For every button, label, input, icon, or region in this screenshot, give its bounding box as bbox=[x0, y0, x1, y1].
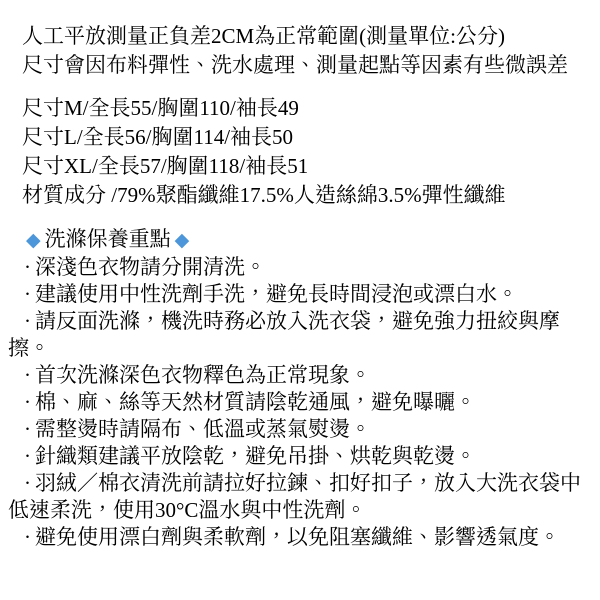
diamond-icon: ◆ bbox=[26, 230, 41, 251]
care-header-title: 洗滌保養重點 bbox=[45, 227, 171, 251]
size-xl-line: 尺寸XL/全長57/胸圍118/袖長51 bbox=[8, 152, 592, 181]
care-item-text: 首次洗滌深色衣物釋色為正常現象。 bbox=[35, 363, 371, 387]
bullet-dot: · bbox=[22, 282, 35, 306]
care-item: ·建議使用中性洗劑手洗，避免長時間浸泡或漂白水。 bbox=[8, 281, 592, 308]
care-item-text: 請反面洗滌，機洗時務必放入洗衣袋，避免強力扭絞與摩擦。 bbox=[8, 309, 560, 360]
care-item: ·棉、麻、絲等天然材質請陰乾通風，避免曝曬。 bbox=[8, 389, 592, 416]
measurement-tolerance-line: 人工平放測量正負差2CM為正常範圍(測量單位:公分) bbox=[8, 22, 592, 51]
care-item-text: 羽絨／棉衣清洗前請拉好拉鍊、扣好扣子，放入大洗衣袋中低速柔洗，使用30°C溫水與… bbox=[8, 471, 581, 522]
diamond-icon: ◆ bbox=[175, 230, 190, 251]
care-header: ◆洗滌保養重點◆ bbox=[8, 226, 592, 254]
bullet-dot: · bbox=[22, 255, 35, 279]
bullet-dot: · bbox=[22, 525, 35, 549]
care-item-text: 針織類建議平放陰乾，避免吊掛、烘乾與乾燙。 bbox=[35, 444, 476, 468]
size-m-line: 尺寸M/全長55/胸圍110/袖長49 bbox=[8, 94, 592, 123]
care-item-text: 需整燙時請隔布、低溫或蒸氣熨燙。 bbox=[35, 417, 371, 441]
bullet-dot: · bbox=[22, 444, 35, 468]
care-item-text: 建議使用中性洗劑手洗，避免長時間浸泡或漂白水。 bbox=[35, 282, 518, 306]
size-spec: 尺寸M/全長55/胸圍110/袖長49 尺寸L/全長56/胸圍114/袖長50 … bbox=[8, 94, 592, 210]
care-item: ·羽絨／棉衣清洗前請拉好拉鍊、扣好扣子，放入大洗衣袋中低速柔洗，使用30°C溫水… bbox=[8, 470, 592, 524]
care-item: ·請反面洗滌，機洗時務必放入洗衣袋，避免強力扭絞與摩擦。 bbox=[8, 308, 592, 362]
measurement-note: 人工平放測量正負差2CM為正常範圍(測量單位:公分) 尺寸會因布料彈性、洗水處理… bbox=[8, 22, 592, 80]
bullet-dot: · bbox=[22, 363, 35, 387]
care-item: ·深淺色衣物請分開清洗。 bbox=[8, 254, 592, 281]
care-item: ·需整燙時請隔布、低溫或蒸氣熨燙。 bbox=[8, 416, 592, 443]
measurement-variance-line: 尺寸會因布料彈性、洗水處理、測量起點等因素有些微誤差 bbox=[8, 51, 592, 80]
care-item: ·針織類建議平放陰乾，避免吊掛、烘乾與乾燙。 bbox=[8, 443, 592, 470]
bullet-dot: · bbox=[22, 309, 35, 333]
bullet-dot: · bbox=[22, 390, 35, 414]
material-composition-line: 材質成分 /79%聚酯纖維17.5%人造絲綿3.5%彈性纖維 bbox=[8, 181, 592, 210]
care-item: ·避免使用漂白劑與柔軟劑，以免阻塞纖維、影響透氣度。 bbox=[8, 524, 592, 551]
care-instructions: ◆洗滌保養重點◆ ·深淺色衣物請分開清洗。 ·建議使用中性洗劑手洗，避免長時間浸… bbox=[8, 226, 592, 551]
care-item-text: 棉、麻、絲等天然材質請陰乾通風，避免曝曬。 bbox=[35, 390, 476, 414]
care-item: ·首次洗滌深色衣物釋色為正常現象。 bbox=[8, 362, 592, 389]
product-description-page: 人工平放測量正負差2CM為正常範圍(測量單位:公分) 尺寸會因布料彈性、洗水處理… bbox=[0, 0, 600, 600]
size-l-line: 尺寸L/全長56/胸圍114/袖長50 bbox=[8, 123, 592, 152]
care-item-text: 深淺色衣物請分開清洗。 bbox=[35, 255, 266, 279]
bullet-dot: · bbox=[22, 471, 35, 495]
bullet-dot: · bbox=[22, 417, 35, 441]
care-item-text: 避免使用漂白劑與柔軟劑，以免阻塞纖維、影響透氣度。 bbox=[35, 525, 560, 549]
